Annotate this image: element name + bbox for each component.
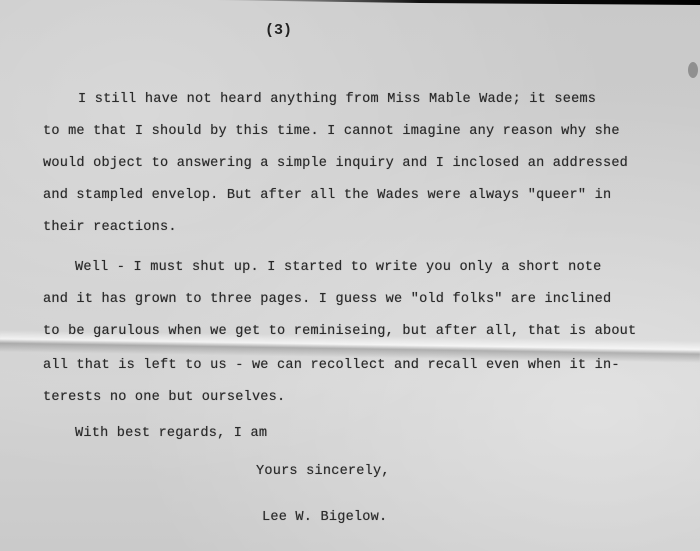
paragraph-2-line-3: to be garulous when we get to reminisein… [43,324,636,339]
paper-smudge [688,62,698,78]
scan-edge-shadow [0,0,700,5]
paragraph-2-line-5: terests no one but ourselves. [43,390,285,405]
page-number: (3) [265,22,292,39]
paragraph-1-line-5: their reactions. [43,220,177,235]
signature: Lee W. Bigelow. [262,510,387,525]
paragraph-1-line-4: and stampled envelop. But after all the … [43,188,611,203]
closing-line: With best regards, I am [75,426,267,441]
paragraph-1-line-3: would object to answering a simple inqui… [43,156,628,171]
paragraph-2-line-1: Well - I must shut up. I started to writ… [75,260,602,275]
valediction: Yours sincerely, [256,464,390,479]
paragraph-2-line-4: all that is left to us - we can recollec… [43,358,620,373]
typewritten-letter-page: (3) I still have not heard anything from… [0,0,700,551]
paragraph-1-line-2: to me that I should by this time. I cann… [43,124,620,139]
paragraph-2-line-2: and it has grown to three pages. I guess… [43,292,611,307]
paragraph-1-line-1: I still have not heard anything from Mis… [78,92,596,107]
